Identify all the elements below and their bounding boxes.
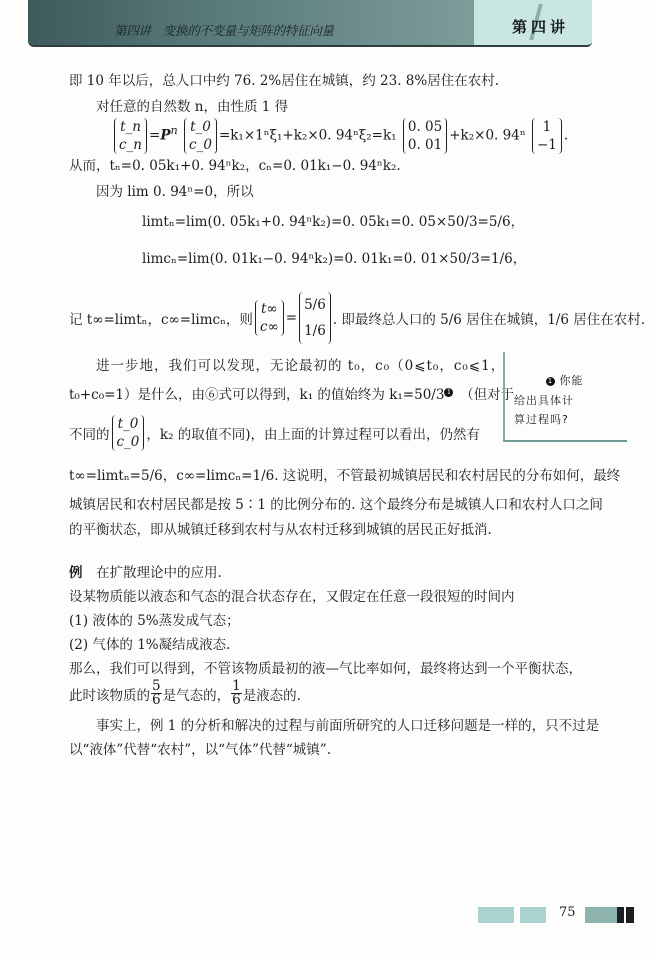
- vector-result: 5/61/6: [299, 292, 331, 344]
- equation-matrix-power: t_nc_n=Pn t_0c_0=k₁×1ⁿξ₁+k₂×0. 94ⁿξ₂=k₁ …: [112, 118, 568, 154]
- chapter-mark: 第四讲: [512, 16, 569, 37]
- footer-decoration: [617, 907, 624, 923]
- sidenote-line: 算过程吗?: [514, 411, 569, 427]
- paragraph-line: (2) 气体的 1%凝结成液态.: [69, 636, 230, 654]
- vector-eigen-1: 0. 050. 01: [403, 118, 447, 154]
- equation-limit-c: limcₙ=lim(0. 01k₁−0. 94ⁿk₂)=0. 01k₁=0. 0…: [142, 250, 526, 268]
- paragraph-line: 不同的 t_0c_0 ，k₂ 的取值不同)，由上面的计算过程可以看出，仍然有: [69, 415, 480, 451]
- sidenote-line: 给出具体计: [514, 392, 574, 408]
- footer-decoration: [626, 907, 634, 923]
- vector-tn-cn: t_nc_n: [114, 118, 147, 154]
- paragraph-line: 此时该物质的 56 是气态的， 16 是液态的.: [69, 680, 301, 707]
- paragraph-line: 那么，我们可以得到，不管该物质最初的液—气比率如何，最终将达到一个平衡状态，: [69, 660, 582, 678]
- paragraph-line: 因为 lim 0. 94ⁿ=0，所以: [96, 183, 254, 201]
- paragraph-line: 进一步地，我们可以发现，无论最初的 t₀，c₀（0⩽t₀，c₀⩽1，: [96, 357, 505, 375]
- example-heading: 例 在扩散理论中的应用.: [69, 564, 222, 582]
- paragraph-line: 从而，tₙ=0. 05k₁+0. 94ⁿk₂，cₙ=0. 01k₁−0. 94ⁿ…: [69, 157, 401, 175]
- paragraph-line: t∞=limtₙ=5/6，c∞=limcₙ=1/6. 这说明，不管最初城镇居民和…: [69, 467, 620, 485]
- footer-decoration: [478, 907, 514, 923]
- paragraph-line: 以“液体”代替“农村”，以“气体”代替“城镇”.: [69, 741, 331, 759]
- example-label: 例: [69, 565, 83, 581]
- chapter-title: 第四讲 变换的不变量与矩阵的特征向量: [114, 21, 334, 39]
- paragraph-line: (1) 液体的 5%蒸发成气态；: [69, 612, 240, 630]
- footer-decoration: [538, 907, 546, 923]
- paragraph-line: 城镇居民和农村居民都是按 5∶1 的比例分布的. 这个最终分布是城镇人口和农村人…: [69, 496, 603, 514]
- vector-tinf-cinf: t∞c∞: [255, 300, 284, 336]
- vector-eigen-2: 1−1: [532, 118, 562, 154]
- chapter-tab: 第四讲: [474, 0, 592, 47]
- paragraph-line: 设某物质能以液态和气态的混合状态存在，又假定在任意一段很短的时间内: [69, 588, 515, 606]
- vector-t0-c0: t_0c_0: [112, 415, 145, 451]
- page-number: 75: [559, 905, 576, 920]
- paragraph-line: 的平衡状态，即从城镇迁移到农村与从农村迁移到城镇的居民正好抵消.: [69, 521, 492, 539]
- chapter-header-band: 第四讲 变换的不变量与矩阵的特征向量: [28, 0, 474, 47]
- paragraph-line: 对任意的自然数 n，由性质 1 得: [96, 98, 288, 116]
- equation-limit-t: limtₙ=lim(0. 05k₁+0. 94ⁿk₂)=0. 05k₁=0. 0…: [142, 213, 524, 231]
- footer-decoration: [585, 907, 617, 923]
- paragraph-line: 事实上，例 1 的分析和解决的过程与前面所研究的人口迁移问题是一样的，只不过是: [96, 717, 599, 735]
- equation-limit-vector: 记 t∞=limtₙ，c∞=limcₙ，则 t∞c∞= 5/61/6 . 即最终…: [69, 292, 645, 344]
- sidenote-line: 1 你能: [546, 372, 584, 388]
- paragraph-line: t₀+c₀=1）是什么，由⑥式可以得到，k₁ 的值始终为 k₁=50/31 （但…: [69, 386, 514, 404]
- footnote-marker[interactable]: 1: [444, 388, 453, 397]
- paragraph-line: 即 10 年以后，总人口中约 76. 2%居住在城镇，约 23. 8%居住在农村…: [69, 72, 499, 90]
- vector-t0-c0: t_0c_0: [184, 118, 217, 154]
